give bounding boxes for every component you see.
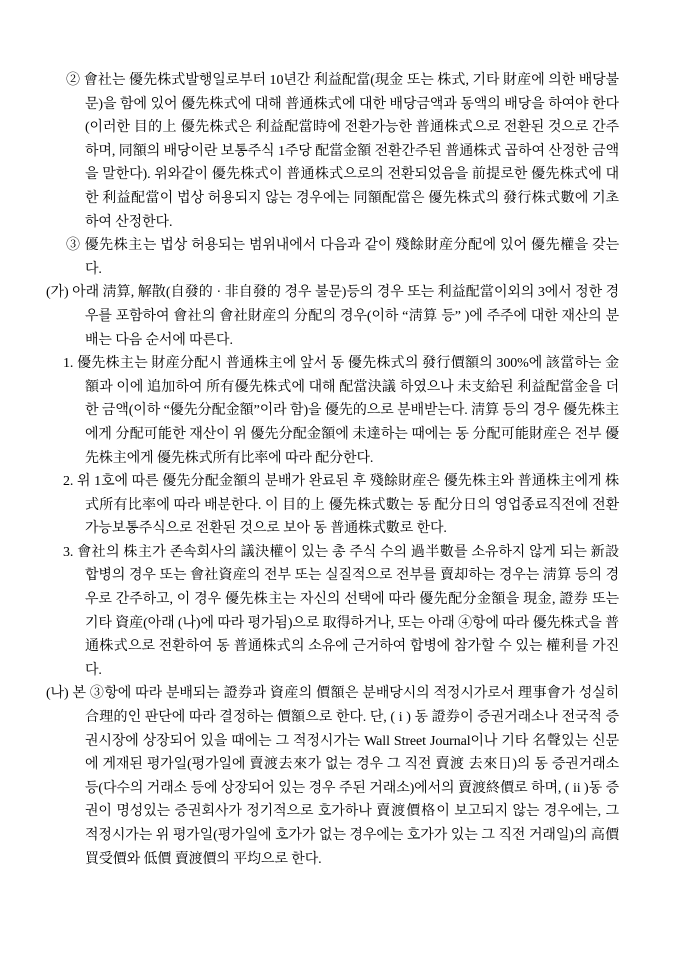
clause-3-sub-na-marker: (나): [46, 686, 69, 701]
document-page: ② 會社는 優先株式발행일로부터 10년간 利益配當(現金 또는 株式, 기타 …: [0, 0, 680, 962]
clause-2-text: 會社는 優先株式발행일로부터 10년간 利益配當(現金 또는 株式, 기타 財産…: [84, 73, 619, 230]
clause-3-sub-na: (나) 본 ③항에 따라 분배되는 證券과 資産의 價額은 분배당시의 적정시가…: [85, 682, 619, 871]
clause-3-marker: ③: [66, 238, 81, 253]
clause-3: ③ 優先株主는 법상 허용되는 범위내에서 다음과 같이 殘餘財産分配에 있어 …: [85, 234, 619, 281]
clause-3-sub-ga-text: 아래 淸算, 解散(自發的 · 非自發的 경우 불문)등의 경우 또는 利益配當…: [72, 285, 619, 347]
document-text-block: ② 會社는 優先株式발행일로부터 10년간 利益配當(現金 또는 株式, 기타 …: [85, 69, 619, 871]
clause-3-sub-ga-item-3-text: 會社의 株主가 존속회사의 議決權이 있는 총 주식 수의 過半數를 소유하지 …: [77, 545, 619, 678]
clause-3-sub-ga-item-1: 1. 優先株主는 財産分配시 普通株主에 앞서 동 優先株式의 發行價額의 30…: [85, 352, 619, 470]
clause-3-sub-ga-item-3: 3. 會社의 株主가 존속회사의 議決權이 있는 총 주식 수의 過半數를 소유…: [85, 541, 619, 683]
clause-3-sub-ga-item-1-marker: 1.: [63, 356, 73, 371]
clause-3-sub-ga-item-3-marker: 3.: [63, 545, 73, 560]
clause-3-sub-na-text: 본 ③항에 따라 분배되는 證券과 資産의 價額은 분배당시의 적정시가로서 理…: [73, 686, 619, 866]
clause-3-text: 優先株主는 법상 허용되는 범위내에서 다음과 같이 殘餘財産分配에 있어 優先…: [85, 238, 619, 277]
clause-2: ② 會社는 優先株式발행일로부터 10년간 利益配當(現金 또는 株式, 기타 …: [85, 69, 619, 234]
clause-3-sub-ga-item-2: 2. 위 1호에 따른 優先分配金額의 분배가 완료된 후 殘餘財産은 優先株主…: [85, 470, 619, 541]
clause-3-sub-ga-item-2-text: 위 1호에 따른 優先分配金額의 분배가 완료된 후 殘餘財産은 優先株主와 普…: [77, 474, 619, 536]
clause-2-marker: ②: [66, 73, 80, 88]
clause-3-sub-ga: (가) 아래 淸算, 解散(自發的 · 非自發的 경우 불문)등의 경우 또는 …: [85, 281, 619, 352]
clause-3-sub-ga-item-2-marker: 2.: [63, 474, 73, 489]
clause-3-sub-ga-item-1-text: 優先株主는 財産分配시 普通株主에 앞서 동 優先株式의 發行價額의 300%에…: [77, 356, 619, 465]
clause-3-sub-ga-marker: (가): [46, 285, 69, 300]
